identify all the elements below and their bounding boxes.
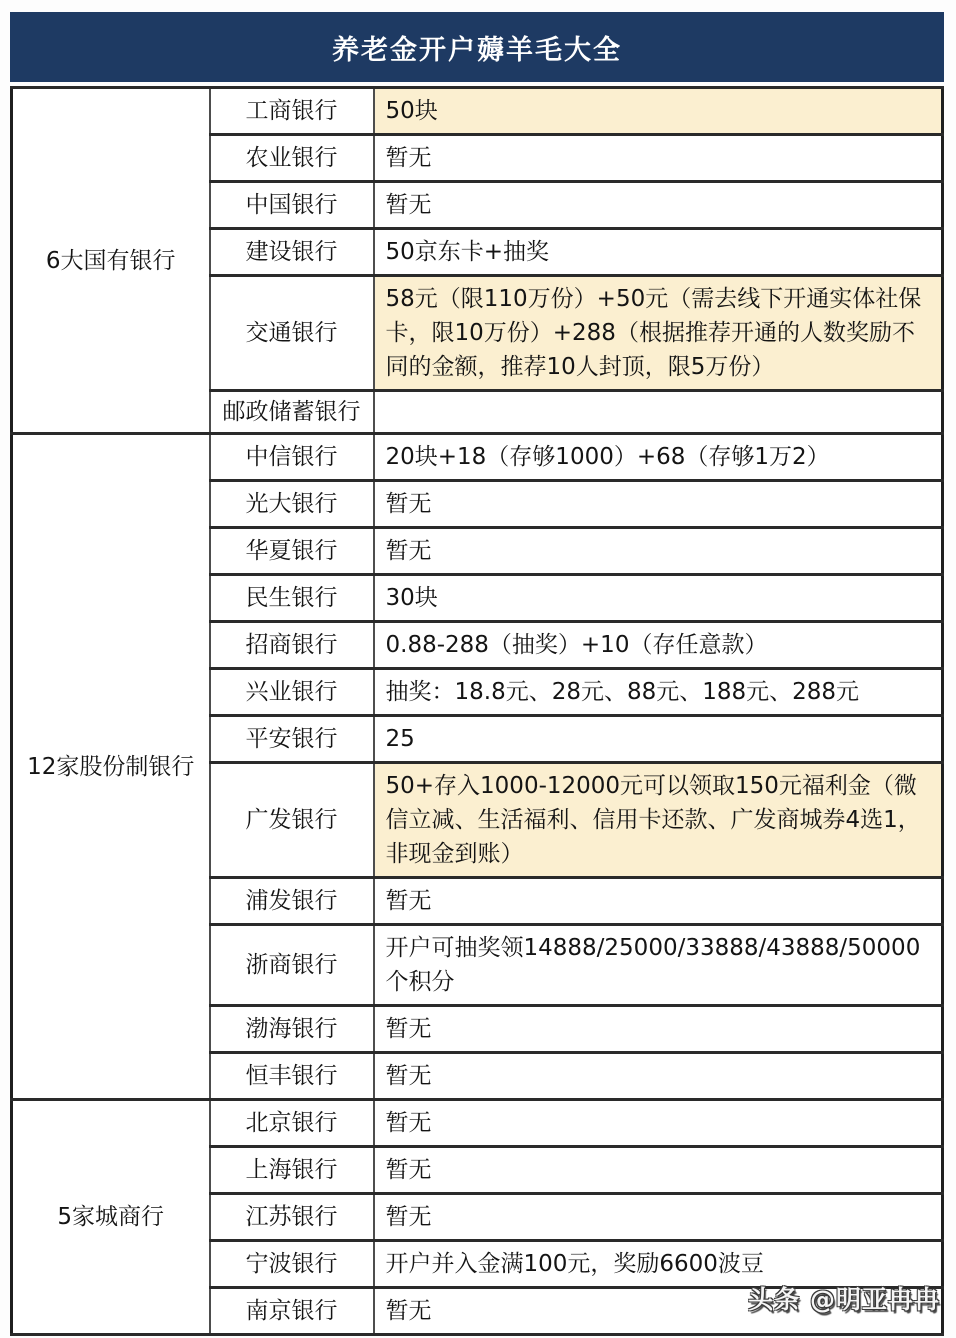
bank-name-cell: 农业银行 [210,135,374,182]
bank-name-cell: 北京银行 [210,1100,374,1147]
benefit-cell: 抽奖：18.8元、28元、88元、188元、288元 [374,669,943,716]
group-label: 6大国有银行 [12,88,210,434]
bank-name-cell: 南京银行 [210,1288,374,1335]
bank-name-cell: 光大银行 [210,481,374,528]
group-label: 5家城商行 [12,1100,210,1335]
bank-name-cell: 中国银行 [210,182,374,229]
bank-name-cell: 渤海银行 [210,1006,374,1053]
bank-name-cell: 广发银行 [210,763,374,878]
bank-name-cell: 宁波银行 [210,1241,374,1288]
benefit-cell: 暂无 [374,528,943,575]
benefit-cell: 暂无 [374,135,943,182]
bank-name-cell: 浙商银行 [210,925,374,1006]
bank-name-cell: 华夏银行 [210,528,374,575]
benefit-cell: 58元（限110万份）+50元（需去线下开通实体社保卡，限10万份）+288（根… [374,276,943,391]
benefit-cell: 暂无 [374,878,943,925]
bank-name-cell: 招商银行 [210,622,374,669]
watermark: 头条 @明亚冉冉 [748,1280,940,1316]
bank-name-cell: 建设银行 [210,229,374,276]
benefit-cell: 暂无 [374,182,943,229]
benefit-cell: 50京东卡+抽奖 [374,229,943,276]
benefit-cell [374,391,943,434]
benefit-cell: 25 [374,716,943,763]
benefit-cell: 暂无 [374,1006,943,1053]
bank-name-cell: 上海银行 [210,1147,374,1194]
benefit-cell: 50+存入1000-12000元可以领取150元福利金（微信立减、生活福利、信用… [374,763,943,878]
table-row: 6大国有银行工商银行50块 [12,88,943,135]
bank-name-cell: 恒丰银行 [210,1053,374,1100]
group-joint-stock-banks: 12家股份制银行中信银行20块+18（存够1000）+68（存够1万2）光大银行… [12,434,943,1100]
group-state-owned-banks: 6大国有银行工商银行50块农业银行暂无中国银行暂无建设银行50京东卡+抽奖交通银… [12,88,943,434]
bank-name-cell: 邮政储蓄银行 [210,391,374,434]
benefits-table-page: 养老金开户薅羊毛大全 6大国有银行工商银行50块农业银行暂无中国银行暂无建设银行… [10,12,944,1336]
bank-name-cell: 浦发银行 [210,878,374,925]
benefit-cell: 开户可抽奖领14888/25000/33888/43888/50000个积分 [374,925,943,1006]
bank-name-cell: 兴业银行 [210,669,374,716]
bank-benefits-table: 6大国有银行工商银行50块农业银行暂无中国银行暂无建设银行50京东卡+抽奖交通银… [10,86,944,1336]
benefit-cell: 暂无 [374,1100,943,1147]
benefit-cell: 50块 [374,88,943,135]
benefit-cell: 暂无 [374,481,943,528]
bank-name-cell: 平安银行 [210,716,374,763]
bank-name-cell: 江苏银行 [210,1194,374,1241]
benefit-cell: 暂无 [374,1053,943,1100]
page-title: 养老金开户薅羊毛大全 [10,12,944,82]
benefit-cell: 0.88-288（抽奖）+10（存任意款） [374,622,943,669]
bank-name-cell: 民生银行 [210,575,374,622]
benefit-cell: 暂无 [374,1147,943,1194]
bank-name-cell: 工商银行 [210,88,374,135]
benefit-cell: 30块 [374,575,943,622]
group-label: 12家股份制银行 [12,434,210,1100]
bank-name-cell: 交通银行 [210,276,374,391]
benefit-cell: 暂无 [374,1194,943,1241]
table-row: 12家股份制银行中信银行20块+18（存够1000）+68（存够1万2） [12,434,943,481]
benefit-cell: 20块+18（存够1000）+68（存够1万2） [374,434,943,481]
bank-name-cell: 中信银行 [210,434,374,481]
table-row: 5家城商行北京银行暂无 [12,1100,943,1147]
